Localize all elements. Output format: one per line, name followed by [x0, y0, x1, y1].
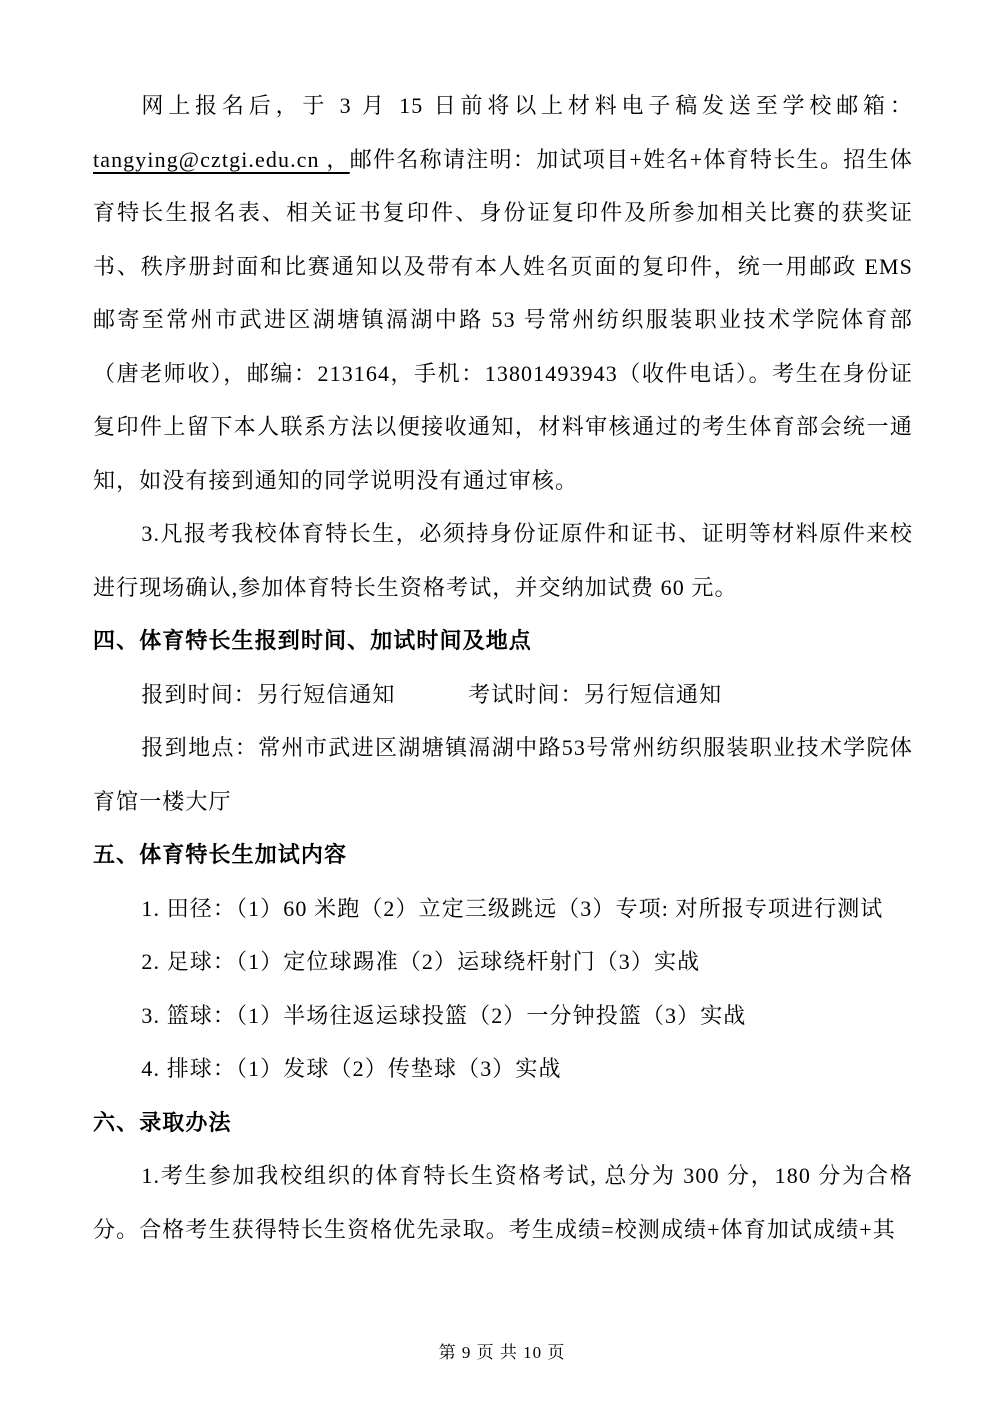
section-heading-4: 四、体育特长生报到时间、加试时间及地点 [93, 614, 913, 668]
report-time-text: 报到时间：另行短信通知 [141, 682, 395, 707]
document-page: 网上报名后，于 3 月 15 日前将以上材料电子稿发送至学校邮箱：tangyin… [0, 0, 1004, 1415]
section-heading-5: 五、体育特长生加试内容 [93, 828, 913, 882]
test-item-volleyball: 4. 排球：（1）发球（2）传垫球（3）实战 [93, 1042, 913, 1096]
email-address-link[interactable]: tangying@cztgi.edu.cn ， [93, 147, 350, 172]
paragraph-mailing-instructions: 网上报名后，于 3 月 15 日前将以上材料电子稿发送至学校邮箱：tangyin… [93, 79, 913, 507]
document-body: 网上报名后，于 3 月 15 日前将以上材料电子稿发送至学校邮箱：tangyin… [93, 79, 913, 1256]
test-item-football: 2. 足球：（1）定位球踢准（2）运球绕杆射门（3）实战 [93, 935, 913, 989]
mailing-text-after-email: 邮件名称请注明：加试项目+姓名+体育特长生。招生体育特长生报名表、相关证书复印件… [93, 147, 913, 493]
exam-time-text: 考试时间：另行短信通知 [468, 682, 722, 707]
paragraph-admission-method: 1.考生参加我校组织的体育特长生资格考试, 总分为 300 分，180 分为合格… [93, 1149, 913, 1256]
test-item-basketball: 3. 篮球：（1）半场往返运球投篮（2）一分钟投篮（3）实战 [93, 989, 913, 1043]
test-item-athletics: 1. 田径：（1）60 米跑（2）立定三级跳远（3）专项: 对所报专项进行测试 [93, 882, 913, 936]
paragraph-onsite-confirmation: 3.凡报考我校体育特长生，必须持身份证原件和证书、证明等材料原件来校进行现场确认… [93, 507, 913, 614]
section-heading-6: 六、录取办法 [93, 1096, 913, 1150]
page-number-footer: 第 9 页 共 10 页 [0, 1340, 1004, 1366]
mailing-text-before-email: 网上报名后，于 3 月 15 日前将以上材料电子稿发送至学校邮箱： [141, 93, 913, 118]
paragraph-report-place: 报到地点：常州市武进区湖塘镇滆湖中路53号常州纺织服装职业技术学院体育馆一楼大厅 [93, 721, 913, 828]
paragraph-times: 报到时间：另行短信通知考试时间：另行短信通知 [93, 668, 913, 722]
